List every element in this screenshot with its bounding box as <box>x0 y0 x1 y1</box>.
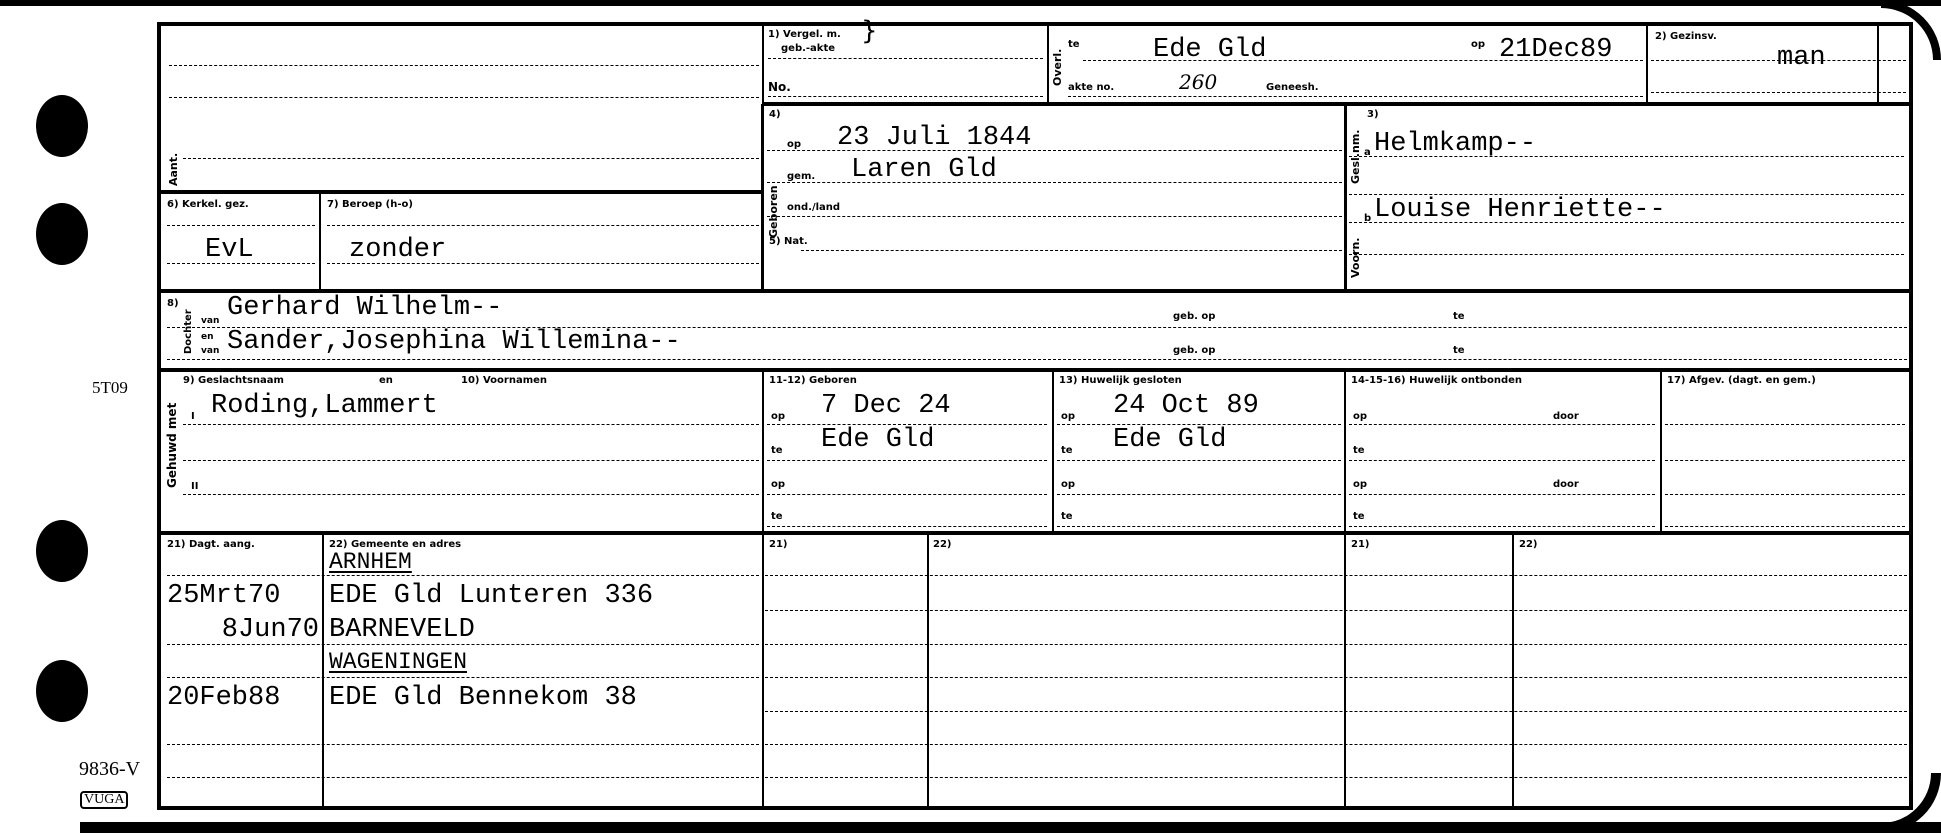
door-label: door <box>1553 478 1579 492</box>
col22-label: 22) <box>1519 538 1538 552</box>
punch-hole-icon <box>36 203 88 265</box>
geneesh-label: Geneesh. <box>1266 81 1319 95</box>
marker-ii: II <box>191 480 198 494</box>
voornamen-label: 10) Voornamen <box>461 374 547 388</box>
huwelijk-line <box>1057 494 1341 495</box>
spouse-op-label: op <box>771 410 785 424</box>
address-line <box>765 777 1907 778</box>
col21-label: 21) <box>769 538 788 552</box>
beroep-label: 7) Beroep (h-o) <box>327 198 413 212</box>
no-label: No. <box>768 80 791 94</box>
op-label: op <box>1353 478 1367 492</box>
beroep-value: zonder <box>349 236 446 264</box>
address-date: 8Jun70 <box>222 616 319 644</box>
brace-icon: } <box>861 24 878 38</box>
section-border <box>762 102 1912 106</box>
dochter-vertical-label: Dochter <box>183 309 194 354</box>
afgev-line <box>1665 460 1905 461</box>
geslachtsnaam-label: 9) Geslachtsnaam <box>183 374 284 388</box>
marker-i: I <box>191 410 195 424</box>
divider <box>1052 372 1054 533</box>
mother-geb-op-label: geb. op <box>1173 344 1215 358</box>
huwelijk-line <box>1349 460 1655 461</box>
aant-line <box>169 97 759 98</box>
father-geb-op-label: geb. op <box>1173 310 1215 324</box>
spouse-name: Roding,Lammert <box>211 392 438 420</box>
overl-vertical-label: Overl. <box>1051 49 1064 86</box>
akte-line <box>1068 96 1643 97</box>
address-line <box>765 610 1907 611</box>
dagt-label: 21) Dagt. aang. <box>167 538 255 552</box>
divider <box>322 535 324 810</box>
col21-label: 21) <box>1351 538 1370 552</box>
van-label: van <box>201 314 219 328</box>
huwelijk-line <box>1349 526 1655 527</box>
address-line <box>167 644 759 645</box>
divider <box>1512 535 1514 810</box>
divider <box>762 26 764 104</box>
divider <box>1344 104 1347 291</box>
naam-line <box>1349 156 1904 157</box>
van-label: van <box>201 344 219 358</box>
marriage-op-label: op <box>1061 410 1075 424</box>
huwelijk-line <box>1349 424 1655 425</box>
punch-hole-icon <box>36 520 88 582</box>
op-label: op <box>1353 410 1367 424</box>
address-line <box>167 744 759 745</box>
address-line <box>765 677 1907 678</box>
huwelijk-line <box>183 494 759 495</box>
vergel-label-2: geb.-akte <box>781 42 835 56</box>
te-label: te <box>771 510 783 524</box>
aant-line <box>169 65 759 66</box>
no-line <box>768 96 1043 97</box>
vergel-label: 1) Vergel. m. <box>768 28 841 42</box>
a-marker: a <box>1364 146 1371 160</box>
te-label: te <box>1353 510 1365 524</box>
ouders-line <box>167 359 1907 360</box>
divider <box>1877 26 1879 104</box>
address-line <box>765 644 1907 645</box>
section-border <box>161 368 1913 372</box>
spouse-birth-place: Ede Gld <box>821 426 934 454</box>
father-name: Gerhard Wilhelm-- <box>227 294 502 322</box>
huwelijk-line <box>183 460 759 461</box>
akte-no-label: akte no. <box>1068 81 1114 95</box>
huwelijk-line <box>183 424 759 425</box>
address-line <box>765 744 1907 745</box>
col22-label: 22) <box>933 538 952 552</box>
gezinsv-label: 2) Gezinsv. <box>1655 30 1717 44</box>
spouse-birth-date: 7 Dec 24 <box>821 392 951 420</box>
mother-te-label: te <box>1453 344 1465 358</box>
address-row: EDE Gld Bennekom 38 <box>329 684 637 712</box>
form-number: 9836-V <box>79 758 140 781</box>
divider <box>762 372 764 533</box>
section-border <box>161 531 1913 535</box>
divider <box>1344 535 1346 810</box>
naam-section-label: 3) <box>1367 108 1379 122</box>
address-row: WAGENINGEN <box>329 648 467 676</box>
op-label: op <box>1061 478 1075 492</box>
address-line <box>167 677 759 678</box>
address-row: EDE Gld Lunteren 336 <box>329 582 653 610</box>
divider <box>1047 26 1049 104</box>
marriage-place: Ede Gld <box>1113 426 1226 454</box>
geboren-line <box>767 216 1342 217</box>
beroep-line <box>327 263 759 264</box>
geboren-vertical-label: Geboren <box>767 185 780 238</box>
b-marker: b <box>1364 212 1371 226</box>
surname: Helmkamp-- <box>1374 130 1536 158</box>
huwelijk-line <box>767 526 1047 527</box>
gesloten-label: 13) Huwelijk gesloten <box>1059 374 1182 388</box>
address-line <box>167 777 759 778</box>
ond-land-label: ond./land <box>787 201 840 215</box>
aant-line <box>183 158 759 159</box>
gezinsv-line <box>1651 92 1906 93</box>
op-label: op <box>771 478 785 492</box>
ouders-section-label: 8) <box>167 297 179 311</box>
huwelijk-line <box>1057 460 1341 461</box>
divider <box>762 535 764 810</box>
mother-name: Sander,Josephina Willemina-- <box>227 328 681 356</box>
printer-mark: VUGA <box>80 791 128 809</box>
afgev-line <box>1665 424 1905 425</box>
marriage-date: 24 Oct 89 <box>1113 392 1259 420</box>
kerk-line <box>167 263 315 264</box>
geboren-line <box>767 150 1342 151</box>
kerk-line <box>167 225 315 226</box>
en-label: en <box>379 374 393 388</box>
huwelijk-line <box>767 460 1047 461</box>
en-label: en <box>201 330 214 344</box>
gezinsv-line <box>1651 60 1906 61</box>
vergel-line <box>768 58 1043 59</box>
scan-edge-top <box>0 0 1941 6</box>
address-date: 25Mrt70 <box>167 582 280 610</box>
registration-card-form: 1) Vergel. m. geb.-akte } No. Overl. te … <box>157 22 1913 810</box>
spouse-geboren-label: 11-12) Geboren <box>769 374 857 388</box>
address-row: BARNEVELD <box>329 616 475 644</box>
overl-op-label: op <box>1471 38 1485 52</box>
spouse-te-label: te <box>771 444 783 458</box>
address-line <box>765 711 1907 712</box>
overl-te-label: te <box>1068 38 1080 52</box>
birth-date: 23 Juli 1844 <box>837 124 1031 152</box>
te-label: te <box>1061 510 1073 524</box>
address-row: ARNHEM <box>329 548 412 576</box>
father-te-label: te <box>1453 310 1465 324</box>
afgev-label: 17) Afgev. (dagt. en gem.) <box>1667 374 1816 388</box>
divider <box>761 104 764 291</box>
kerk-value: EvL <box>205 236 254 264</box>
divider <box>1344 372 1346 533</box>
address-line <box>765 575 1907 576</box>
divider <box>319 192 321 291</box>
given-names: Louise Henriette-- <box>1374 196 1666 224</box>
punch-hole-icon <box>36 95 88 157</box>
overl-line <box>1083 60 1643 61</box>
gezinsv-value: man <box>1777 44 1826 72</box>
address-line <box>167 575 759 576</box>
divider <box>1660 372 1662 533</box>
geboren-line <box>767 182 1342 183</box>
huwelijk-line <box>1349 494 1655 495</box>
divider <box>927 535 929 810</box>
naam-line <box>1349 254 1904 255</box>
divider <box>1646 26 1648 104</box>
huwelijk-line <box>767 494 1047 495</box>
birth-place: Laren Gld <box>851 156 997 184</box>
door-label: door <box>1553 410 1579 424</box>
punch-hole-icon <box>36 660 88 722</box>
marriage-te-label: te <box>1061 444 1073 458</box>
beroep-line <box>327 225 759 226</box>
afgev-line <box>1665 494 1905 495</box>
afgev-line <box>1665 526 1905 527</box>
huwelijk-line <box>1057 526 1341 527</box>
section-border <box>161 190 762 194</box>
voorn-vertical-label: Voorn. <box>1349 238 1362 278</box>
card-side-code: 5T09 <box>92 378 128 398</box>
akte-no-value: 260 <box>1179 70 1217 94</box>
nat-label: 5) Nat. <box>769 235 808 249</box>
ontbonden-label: 14-15-16) Huwelijk ontbonden <box>1351 374 1522 388</box>
geboren-section-label: 4) <box>769 108 781 122</box>
address-date: 20Feb88 <box>167 684 280 712</box>
te-label: te <box>1353 444 1365 458</box>
nat-line <box>801 250 1342 251</box>
gehuwd-met-vertical-label: Gehuwd met <box>165 403 179 488</box>
aant-vertical-label: Aant. <box>167 153 180 186</box>
scan-edge-bottom <box>80 822 1941 833</box>
kerk-label: 6) Kerkel. gez. <box>167 198 249 212</box>
naam-line <box>1349 222 1904 223</box>
